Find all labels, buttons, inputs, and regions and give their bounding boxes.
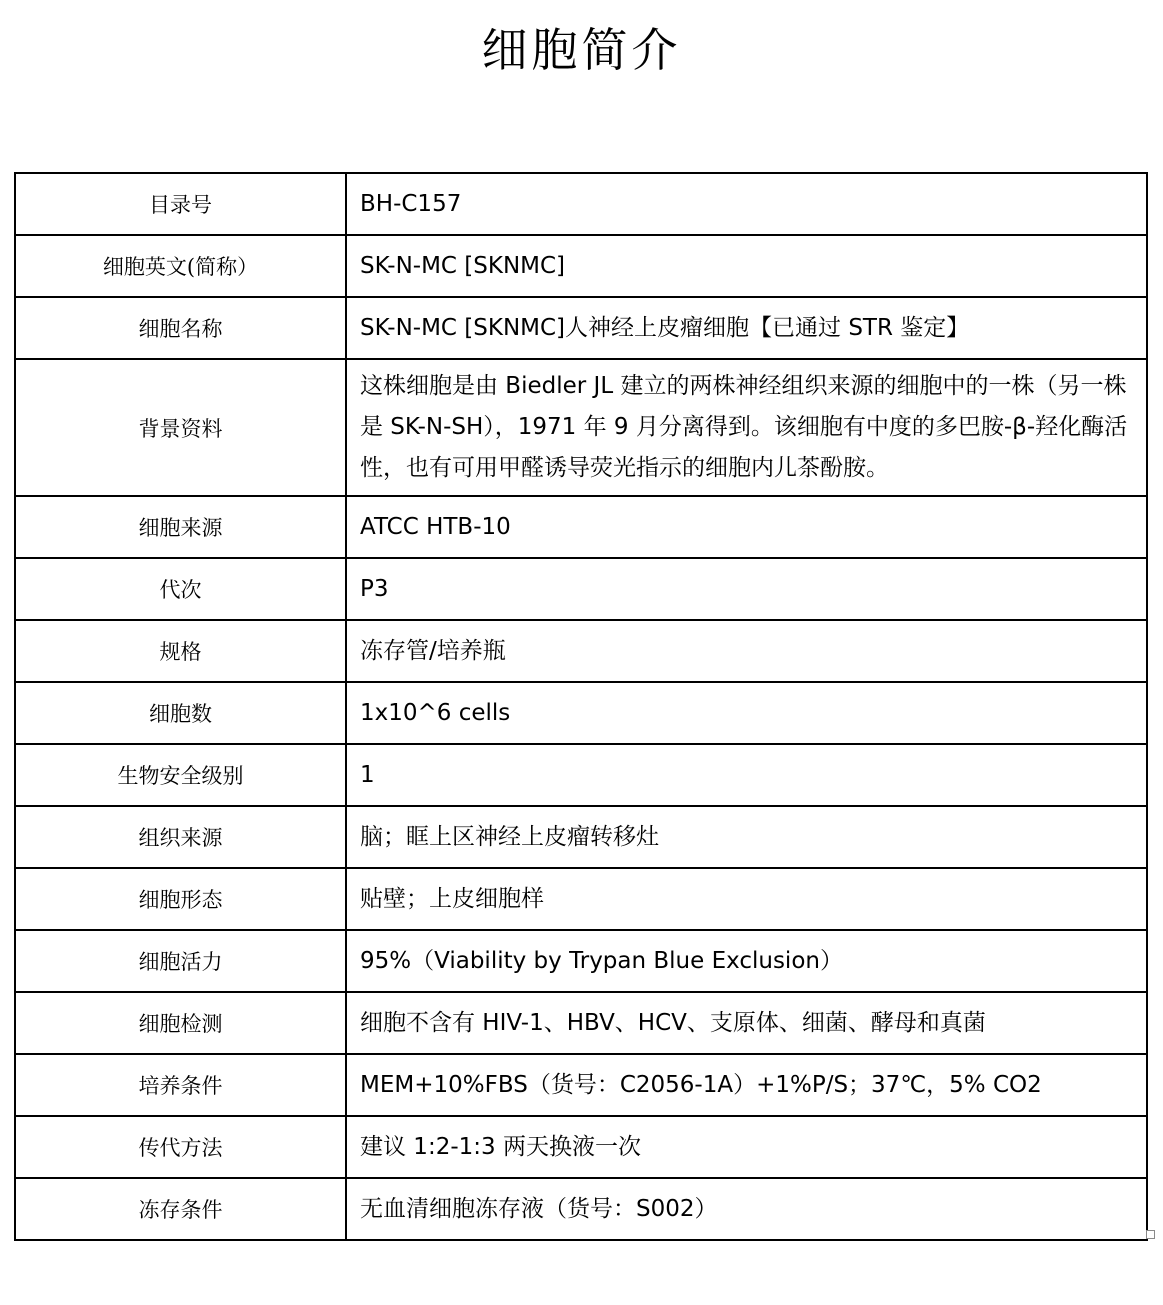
row-label: 细胞来源 — [15, 496, 346, 558]
page-title: 细胞简介 — [0, 14, 1163, 80]
row-label: 细胞形态 — [15, 868, 346, 930]
table-row: 细胞名称SK-N-MC [SKNMC]人神经上皮瘤细胞【已通过 STR 鉴定】 — [15, 297, 1147, 359]
table-row: 生物安全级别1 — [15, 744, 1147, 806]
row-value: 1 — [346, 744, 1147, 806]
cell-info-table-body: 目录号BH-C157细胞英文(简称）SK-N-MC [SKNMC]细胞名称SK-… — [15, 173, 1147, 1240]
row-label: 细胞英文(简称） — [15, 235, 346, 297]
table-row: 培养条件MEM+10%FBS（货号：C2056-1A）+1%P/S；37℃，5%… — [15, 1054, 1147, 1116]
row-value: 脑；眶上区神经上皮瘤转移灶 — [346, 806, 1147, 868]
row-value: ATCC HTB-10 — [346, 496, 1147, 558]
row-label: 冻存条件 — [15, 1178, 346, 1240]
table-row: 细胞英文(简称）SK-N-MC [SKNMC] — [15, 235, 1147, 297]
row-label: 规格 — [15, 620, 346, 682]
row-value: SK-N-MC [SKNMC]人神经上皮瘤细胞【已通过 STR 鉴定】 — [346, 297, 1147, 359]
row-value: SK-N-MC [SKNMC] — [346, 235, 1147, 297]
table-row: 代次P3 — [15, 558, 1147, 620]
row-label: 背景资料 — [15, 359, 346, 496]
table-row: 细胞形态贴壁；上皮细胞样 — [15, 868, 1147, 930]
row-label: 细胞活力 — [15, 930, 346, 992]
row-value: BH-C157 — [346, 173, 1147, 235]
row-label: 细胞检测 — [15, 992, 346, 1054]
row-value: 细胞不含有 HIV-1、HBV、HCV、支原体、细菌、酵母和真菌 — [346, 992, 1147, 1054]
row-label: 传代方法 — [15, 1116, 346, 1178]
row-value: 无血清细胞冻存液（货号：S002） — [346, 1178, 1147, 1240]
table-resize-handle-icon[interactable] — [1146, 1230, 1155, 1239]
row-value: 贴壁；上皮细胞样 — [346, 868, 1147, 930]
table-row: 规格冻存管/培养瓶 — [15, 620, 1147, 682]
row-value: 建议 1:2-1:3 两天换液一次 — [346, 1116, 1147, 1178]
row-label: 生物安全级别 — [15, 744, 346, 806]
row-value: P3 — [346, 558, 1147, 620]
row-label: 细胞名称 — [15, 297, 346, 359]
row-value: 冻存管/培养瓶 — [346, 620, 1147, 682]
table-row: 背景资料这株细胞是由 Biedler JL 建立的两株神经组织来源的细胞中的一株… — [15, 359, 1147, 496]
table-row: 组织来源脑；眶上区神经上皮瘤转移灶 — [15, 806, 1147, 868]
row-label: 细胞数 — [15, 682, 346, 744]
table-row: 细胞来源ATCC HTB-10 — [15, 496, 1147, 558]
table-row: 细胞检测细胞不含有 HIV-1、HBV、HCV、支原体、细菌、酵母和真菌 — [15, 992, 1147, 1054]
row-value: 这株细胞是由 Biedler JL 建立的两株神经组织来源的细胞中的一株（另一株… — [346, 359, 1147, 496]
cell-info-table: 目录号BH-C157细胞英文(简称）SK-N-MC [SKNMC]细胞名称SK-… — [14, 172, 1148, 1241]
row-label: 目录号 — [15, 173, 346, 235]
document-page: 细胞简介 目录号BH-C157细胞英文(简称）SK-N-MC [SKNMC]细胞… — [0, 0, 1163, 1305]
row-label: 代次 — [15, 558, 346, 620]
table-row: 冻存条件无血清细胞冻存液（货号：S002） — [15, 1178, 1147, 1240]
row-value: MEM+10%FBS（货号：C2056-1A）+1%P/S；37℃，5% CO2 — [346, 1054, 1147, 1116]
table-row: 传代方法建议 1:2-1:3 两天换液一次 — [15, 1116, 1147, 1178]
row-value: 1x10^6 cells — [346, 682, 1147, 744]
row-value: 95%（Viability by Trypan Blue Exclusion） — [346, 930, 1147, 992]
table-row: 目录号BH-C157 — [15, 173, 1147, 235]
row-label: 组织来源 — [15, 806, 346, 868]
table-row: 细胞活力95%（Viability by Trypan Blue Exclusi… — [15, 930, 1147, 992]
table-row: 细胞数1x10^6 cells — [15, 682, 1147, 744]
row-label: 培养条件 — [15, 1054, 346, 1116]
